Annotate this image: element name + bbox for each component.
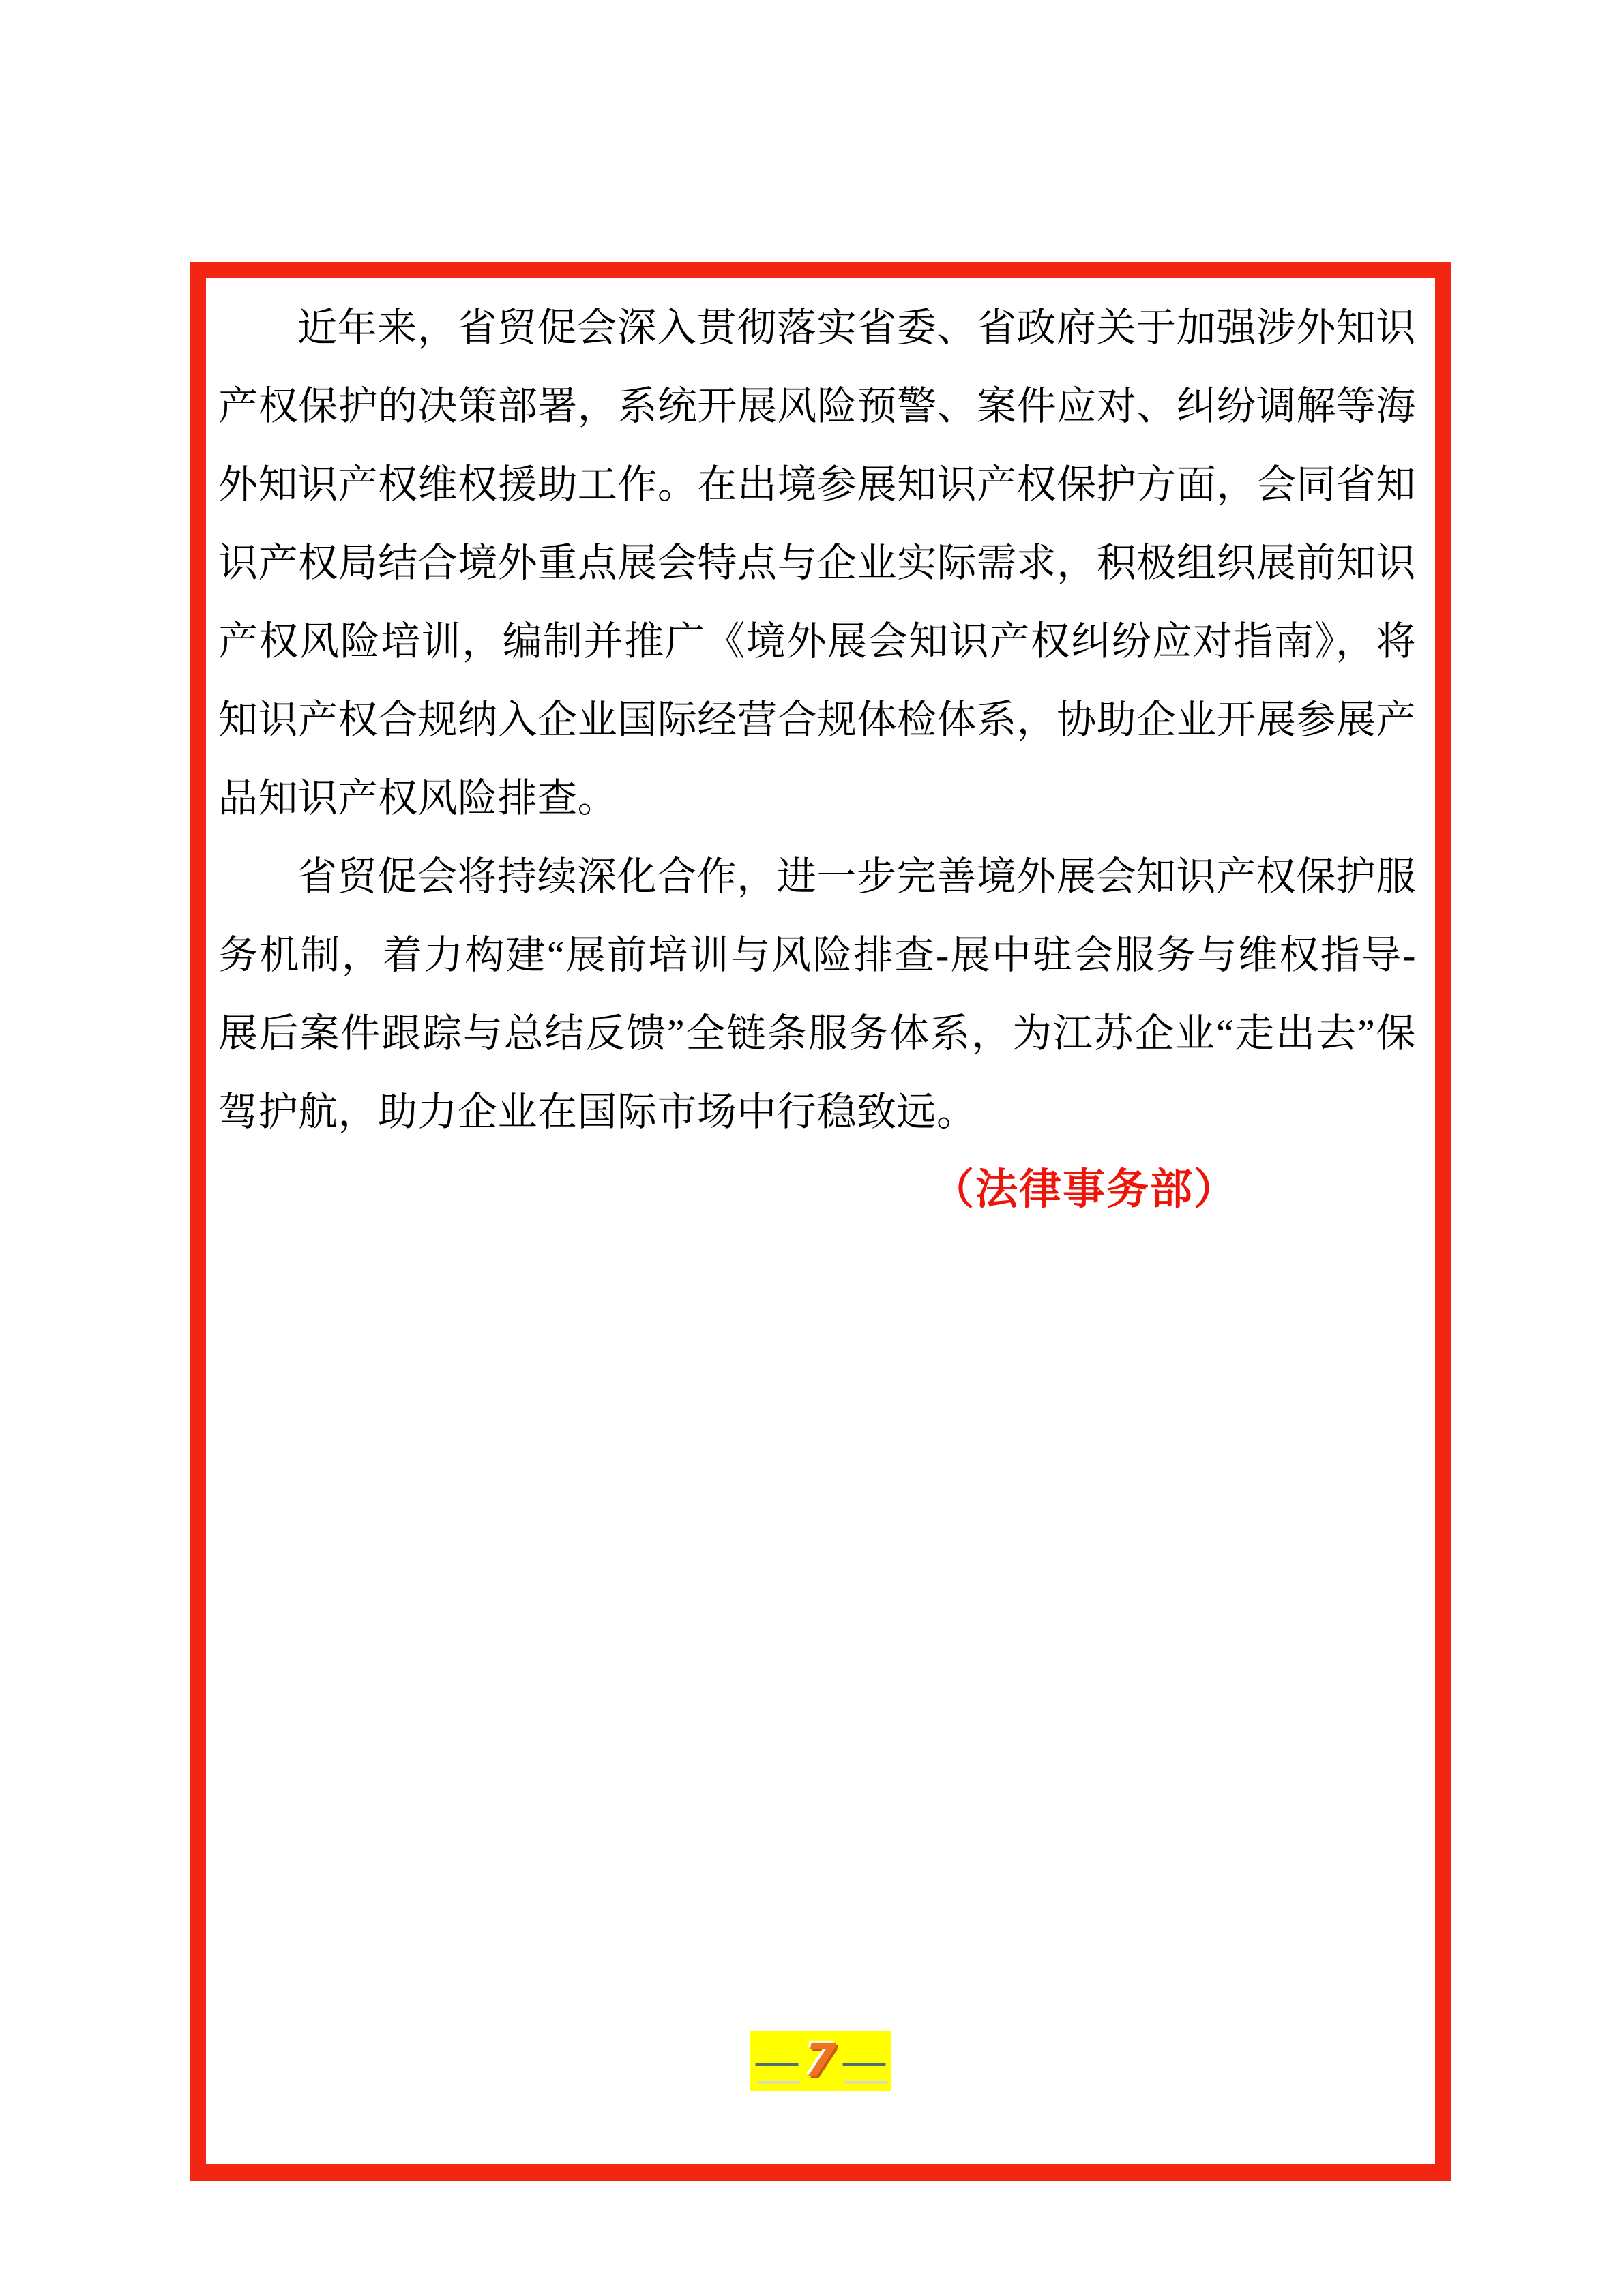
page-number: 7 [801,2038,840,2083]
footer-dash-right: — [843,2040,885,2082]
paragraph-future-plans: 省贸促会将持续深化合作，进一步完善境外展会知识产权保护服务机制，着力构建“展前培… [218,837,1416,1151]
department-signature: （法律事务部） [218,1151,1416,1229]
paragraph-overseas-ip-work: 近年来，省贸促会深入贯彻落实省委、省政府关于加强涉外知识产权保护的决策部署，系统… [218,288,1416,837]
red-border-frame: 近年来，省贸促会深入贯彻落实省委、省政府关于加强涉外知识产权保护的决策部署，系统… [190,262,1451,2181]
page-number-footer: — 7 — [750,2031,891,2091]
text-block: 近年来，省贸促会深入贯彻落实省委、省政府关于加强涉外知识产权保护的决策部署，系统… [206,278,1435,1229]
footer-dash-left: — [756,2040,798,2082]
document-page: 近年来，省贸促会深入贯彻落实省委、省政府关于加强涉外知识产权保护的决策部署，系统… [0,0,1624,2296]
